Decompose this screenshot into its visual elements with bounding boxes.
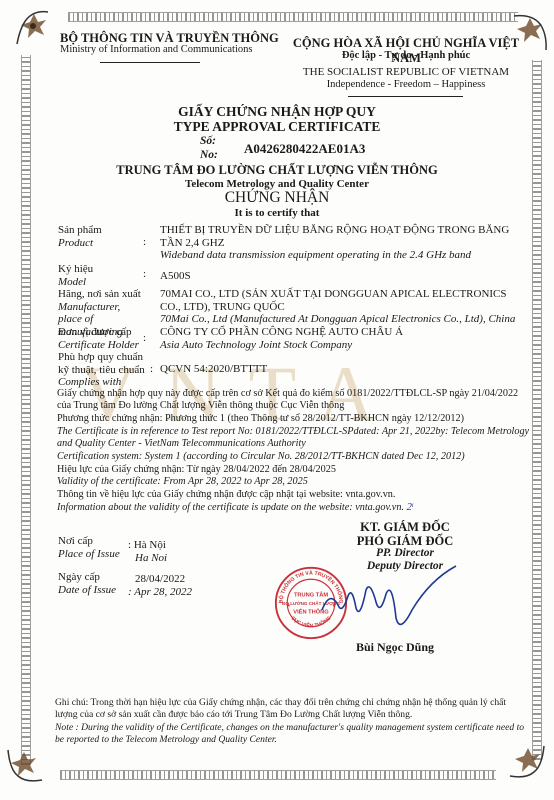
standard-label: Phù hợp quy chuẩn kỹ thuật, tiêu chuẩnCo…	[58, 351, 150, 389]
certify-heading-vn: CHỨNG NHẬN	[0, 189, 554, 207]
holder-label: Đơn vị được cấpCertificate Holder	[58, 326, 139, 351]
place-value: : Hà NộiHa Noi	[128, 539, 167, 564]
decorative-border-top	[68, 12, 518, 22]
website-en: Information about the validity of the ce…	[57, 501, 532, 514]
number-label: Số: No:	[200, 134, 218, 162]
place-label: Nơi cấpPlace of Issue	[58, 535, 120, 560]
signatory-title-3: PP. Director	[330, 547, 480, 559]
certificate-title-en: TYPE APPROVAL CERTIFICATE	[0, 119, 554, 135]
website-vn: Thông tin về hiệu lực của Giấy chứng nhậ…	[57, 489, 532, 501]
corner-ornament-icon	[4, 746, 44, 786]
method-en: Certification system: System 1 (accordin…	[57, 451, 532, 463]
handwritten-signature-icon	[320, 560, 460, 640]
date-label: Ngày cấpDate of Issue	[58, 571, 116, 596]
corner-ornament-icon	[14, 8, 54, 48]
validity-en: Validity of the certificate: From Apr 28…	[57, 476, 532, 488]
note-vn: Ghi chú: Trong thời hạn hiệu lực của Giấ…	[55, 697, 530, 721]
republic-name-en: THE SOCIALIST REPUBLIC OF VIETNAM	[282, 66, 530, 78]
motto-en: Independence - Freedom – Happiness	[282, 79, 530, 90]
model-label: Ký hiệuModel	[58, 263, 93, 288]
divider	[100, 62, 200, 63]
product-label: Sản phẩmProduct	[58, 224, 102, 249]
ministry-name-en: Ministry of Information and Communicatio…	[60, 44, 252, 55]
certify-heading-en: It is to certify that	[0, 207, 554, 219]
signatory-title-1: KT. GIÁM ĐỐC	[330, 520, 480, 535]
initials: 2ͥ	[407, 500, 413, 513]
standard-value: QCVN 54:2020/BTTTT	[160, 363, 520, 376]
certificate-title-vn: GIẤY CHỨNG NHẬN HỢP QUY	[0, 104, 554, 120]
decorative-border-bottom	[60, 770, 496, 780]
decorative-border-left	[21, 55, 31, 765]
divider	[348, 96, 463, 97]
motto-vn: Độc lập - Tự do - Hạnh phúc	[282, 50, 530, 61]
corner-ornament-icon	[508, 742, 548, 782]
note-en: Note : During the validity of the Certif…	[55, 722, 530, 746]
method-vn: Phương thức chứng nhận: Phương thức 1 (t…	[57, 413, 532, 425]
svg-text:★: ★	[286, 603, 291, 609]
certificate-number: A0426280422AE01A3	[244, 141, 365, 157]
basis-en: The Certificate is in reference to Test …	[57, 426, 532, 451]
model-value: A500S	[160, 270, 520, 283]
holder-value: CÔNG TY CỔ PHẦN CÔNG NGHỆ AUTO CHÂU ÁAsi…	[160, 326, 520, 351]
date-value: 28/04/2022: Apr 28, 2022	[128, 573, 192, 598]
manufacturer-value: 70MAI CO., LTD (SẢN XUẤT TẠI DONGGUAN AP…	[160, 288, 520, 326]
product-value: THIẾT BỊ TRUYỀN DỮ LIỆU BĂNG RỘNG HOẠT Đ…	[160, 224, 520, 262]
signatory-name: Bùi Ngọc Dũng	[320, 640, 470, 655]
basis-vn: Giấy chứng nhận hợp quy này được cấp trê…	[57, 388, 532, 413]
issuer-name-vn: TRUNG TÂM ĐO LƯỜNG CHẤT LƯỢNG VIỄN THÔNG	[0, 163, 554, 178]
validity-vn: Hiệu lực của Giấy chứng nhận: Từ ngày 28…	[57, 464, 532, 476]
